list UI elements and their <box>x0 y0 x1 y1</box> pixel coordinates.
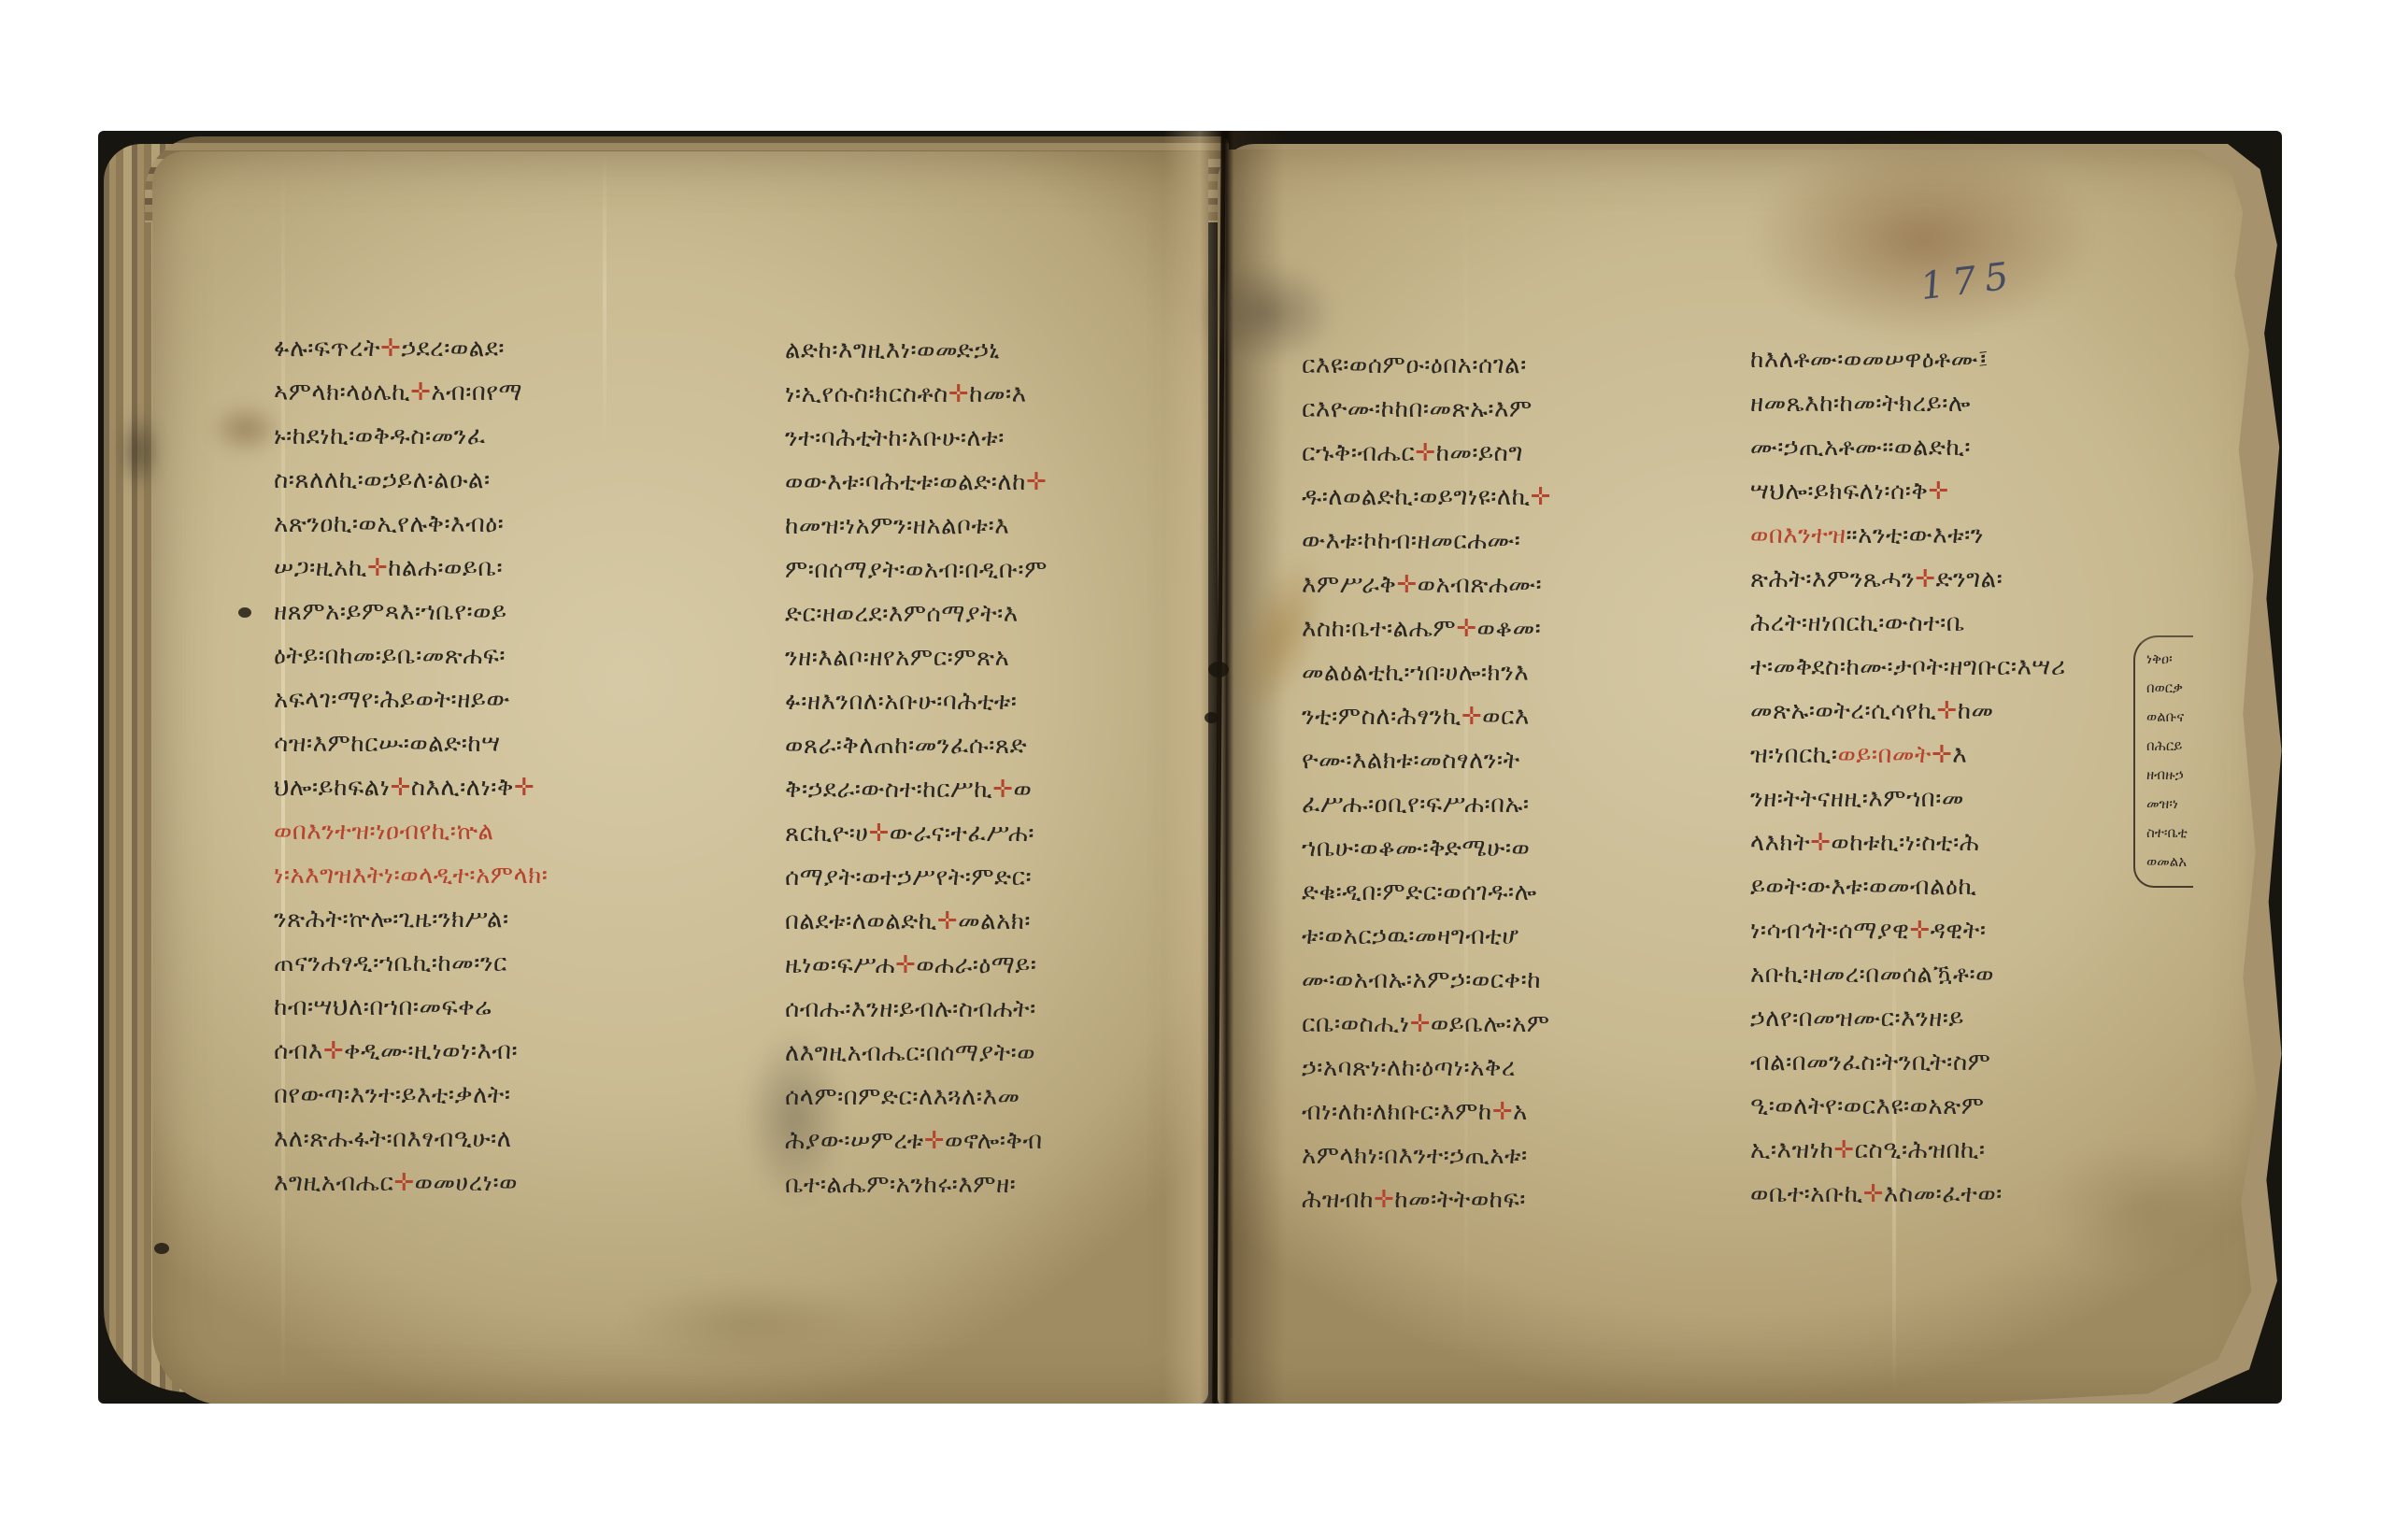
manuscript-line: በልደቱ፡ለወልድኪ✛መልአክ፡ <box>785 900 1048 944</box>
manuscript-line: ተ፡መቅደስ፡ከሙ፡ታቦት፡ዘግቡር፡እሣሪ <box>1750 646 2066 690</box>
ink-spot-left-margin-2 <box>154 1243 169 1254</box>
manuscript-line: እምሥራቅ✛ወአብጽሐሙ፡ <box>1302 563 1551 607</box>
manuscript-line: በሕርይ <box>2146 732 2188 761</box>
manuscript-line: ንቲ፡ምስለ፡ሕፃንኪ✛ወርእ <box>1302 695 1551 739</box>
margin-note: ነቅዐ፡በወርቃወልቡናበሕርይዘብዙኃመዝ፡ነስተ፡ቤቲወመልአ <box>2133 635 2193 888</box>
manuscript-line: ወልቡና <box>2146 703 2188 732</box>
manuscript-line: ዱ፡ለወልድኪ፡ወይግነዩ፡ለኪ✛ <box>1302 476 1551 520</box>
manuscript-line: ነቅዐ፡ <box>2146 645 2188 674</box>
manuscript-line: ከብ፡ሣህለ፡በኀበ፡መፍቀሬ <box>274 986 548 1030</box>
manuscript-line: እለ፡ጽሑፋት፡በእፃብዒሁ፡ለ <box>274 1118 548 1162</box>
manuscript-line: ሰብሑ፡እንዘ፡ይብሉ፡ስብሐት፡ <box>785 988 1048 1032</box>
manuscript-line: ርእዮሙ፡ኮከበ፡መጽኡ፡እም <box>1302 388 1551 432</box>
manuscript-line: ሙ፡ወአብኡ፡አምኃ፡ወርቀ፡ከ <box>1302 959 1551 1003</box>
manuscript-line: ፈሥሑ፡ዐቢየ፡ፍሥሐ፡በኡ፡ <box>1302 783 1551 827</box>
manuscript-line: ወጸራ፡ቅለጠከ፡መንፈሱ፡ጸድ <box>785 724 1048 768</box>
right-page-column-1: ርእዩ፡ወሰምዑ፡ዕበአ፡ሰገል፡ርእዮሙ፡ኮከበ፡መጽኡ፡እምርኁቅ፡ብሔር✛… <box>1302 344 1551 1222</box>
manuscript-line: ድር፡ዘወረደ፡እምሰማያት፡እ <box>785 592 1048 636</box>
stain-left-margin <box>208 402 283 456</box>
manuscript-line: ይወት፡ውእቱ፡ወመብልዕኪ <box>1750 865 2066 909</box>
manuscript-line: ውእቱ፡ኮከብ፡ዘመርሐሙ፡ <box>1302 520 1551 563</box>
manuscript-line: አጽንዐኪ፡ወኢየሉቅ፡እብዕ፡ <box>274 503 548 547</box>
stain-right-page-bottom <box>2042 1140 2247 1271</box>
manuscript-line: ኣምላክ፡ላዕሌኪ✛አብ፡በየማ <box>274 371 548 415</box>
manuscript-line: ሰብእ✛ቀዲሙ፡ዚነወነ፡እብ፡ <box>274 1030 548 1074</box>
manuscript-line: ላእክት✛ወከቱኪ፡ነ፡ስቲ፡ሕ <box>1750 821 2066 865</box>
manuscript-line: አምላክነ፡በእንተ፡ኃጢአቱ፡ <box>1302 1134 1551 1178</box>
manuscript-line: ወበእንተዝ፡ነዐብየኪ፡ኵል <box>274 810 548 854</box>
manuscript-line: ዒ፡ወለትየ፡ወርእዩ፡ወአጽም <box>1750 1085 2066 1129</box>
manuscript-line: ከመዝ፡ነአምን፡ዘአልቦቱ፡እ <box>785 505 1048 549</box>
manuscript-line: ርእዩ፡ወሰምዑ፡ዕበአ፡ሰገል፡ <box>1302 344 1551 388</box>
manuscript-line: ወውእቱ፡ባሕቲቱ፡ወልድ፡ለከ✛ <box>785 461 1048 505</box>
screenshot-root: 175 ፉሉ፡ፍጥረት✛ኃደረ፡ወልደ፡ኣምላክ፡ላዕሌኪ✛አብ፡በየማኑ፡ከደ… <box>0 0 2381 1540</box>
smudge-left-edge <box>119 411 160 491</box>
manuscript-line: ዘመጼእከ፡ከመ፡ትክረይ፡ሎ <box>1750 382 2066 426</box>
manuscript-line: ኑ፡ከደነኪ፡ወቅዱስ፡መንፈ <box>274 415 548 459</box>
manuscript-line: መጽኡ፡ወትረ፡ሲሳየኪ✛ከመ <box>1750 690 2066 734</box>
manuscript-line: ነ፡ኢየሱስ፡ክርስቶስ✛ከመ፡እ <box>785 373 1048 417</box>
manuscript-line: ነ፡ሳብኅት፡ሰማያዊ✛ዳዊት፡ <box>1750 909 2066 953</box>
right-page-column-2: ከእለቶሙ፡ወመሠዋዕቶሙ፤ዘመጼእከ፡ከመ፡ትክረይ፡ሎሙ፡ኃጢአቶሙ።ወልድ… <box>1750 338 2066 1217</box>
manuscript-line: ዮሙ፡እልክቱ፡መስፃለን፡ት <box>1302 739 1551 783</box>
ink-spot-gutter-1 <box>1208 662 1229 677</box>
manuscript-line: ወመልአ <box>2146 848 2188 877</box>
manuscript-line: ሣህሎ፡ይክፍለነ፡ሰ፡ቅ✛ <box>1750 470 2066 514</box>
manuscript-line: ሕረት፡ዘነበርኪ፡ውስተ፡ቤ <box>1750 602 2066 646</box>
manuscript-line: ብል፡በመንፈስ፡ትንቢት፡ስም <box>1750 1041 2066 1085</box>
manuscript-line: ወቤተ፡አቡኪ✛እስመ፡ፈተወ፡ <box>1750 1173 2066 1217</box>
manuscript-line: በወርቃ <box>2146 674 2188 703</box>
manuscript-line: ፉ፡ዘእንበለ፡አቡሁ፡ባሕቲቱ፡ <box>785 680 1048 724</box>
manuscript-line: ብነ፡ለከ፡ለክቡር፡እምከ✛አ <box>1302 1091 1551 1134</box>
manuscript-line: ሰላም፡በምድር፡ለእጓለ፡እመ <box>785 1076 1048 1119</box>
manuscript-line: ወበእንተዝ።አንቲ፡ውእቱ፡ን <box>1750 514 2066 558</box>
manuscript-line: ስ፡ጸለለኪ፡ወኃይለ፡ልዑል፡ <box>274 459 548 503</box>
manuscript-line: ከእለቶሙ፡ወመሠዋዕቶሙ፤ <box>1750 338 2066 382</box>
manuscript-line: ቱ፡ወአርኃዉ፡መዛግብቲሆ <box>1302 915 1551 959</box>
manuscript-line: መልዕልቲኪ፡ኀበ፡ሀሎ፡ክንእ <box>1302 651 1551 695</box>
manuscript-line: ሙ፡ኃጢአቶሙ።ወልድኪ፡ <box>1750 426 2066 470</box>
manuscript-photo: 175 ፉሉ፡ፍጥረት✛ኃደረ፡ወልደ፡ኣምላክ፡ላዕሌኪ✛አብ፡በየማኑ፡ከደ… <box>98 131 2282 1404</box>
manuscript-line: ቅ፡ኃደራ፡ውስተ፡ከርሥኪ✛ወ <box>785 768 1048 812</box>
left-page-column-1: ፉሉ፡ፍጥረት✛ኃደረ፡ወልደ፡ኣምላክ፡ላዕሌኪ✛አብ፡በየማኑ፡ከደነኪ፡ወ… <box>274 327 548 1205</box>
manuscript-line: ሳዝ፡እምከርሡ፡ወልድ፡ከሣ <box>274 722 548 766</box>
manuscript-line: ም፡በሰማያት፡ወአብ፡በዲቡ፡ም <box>785 549 1048 592</box>
manuscript-line: ጽሕት፡እምንጼሓን✛ድንግል፡ <box>1750 558 2066 602</box>
manuscript-line: በየውጣ፡እንተ፡ይእቲ፡ቃለት፡ <box>274 1074 548 1118</box>
manuscript-line: ዝ፡ነበርኪ፡ወይ፡በመት✛እ <box>1750 734 2066 777</box>
manuscript-line: ዘጸምአ፡ይምጻእ፡ኀቤየ፡ወይ <box>274 591 548 635</box>
manuscript-line: ኃ፡አባጽነ፡ለከ፡ዕጣነ፡አቅረ <box>1302 1047 1551 1091</box>
manuscript-line: ንዘ፡ትትናዘዚ፡እምኀበ፡መ <box>1750 777 2066 821</box>
ink-spot-left-margin <box>238 607 251 618</box>
manuscript-line: ህሎ፡ይከፍልነ✛ስእሊ፡ለነ፡ቅ✛ <box>274 766 548 810</box>
manuscript-line: ድቁ፡ዲበ፡ምድር፡ወሰገዱ፡ሎ <box>1302 871 1551 915</box>
manuscript-line: ሠጋ፡ዚአኪ✛ከልሐ፡ወይቤ፡ <box>274 547 548 591</box>
manuscript-line: ዘብዙኃ <box>2146 761 2188 790</box>
left-page-column-2: ልድከ፡እግዚእነ፡ወመድኃኒነ፡ኢየሱስ፡ክርስቶስ✛ከመ፡እንተ፡ባሕቲትከ… <box>785 329 1048 1207</box>
manuscript-line: ርቤ፡ወስሒነ✛ወይቤሎ፡አም <box>1302 1003 1551 1047</box>
manuscript-line: ንተ፡ባሕቲትከ፡አቡሁ፡ለቱ፡ <box>785 417 1048 461</box>
manuscript-line: ስተ፡ቤቲ <box>2146 819 2188 848</box>
manuscript-line: መዝ፡ነ <box>2146 790 2188 819</box>
manuscript-line: ሕዝብከ✛ከመ፡ትትወከፍ፡ <box>1302 1178 1551 1222</box>
manuscript-line: ነ፡አእግዝእትነ፡ወላዲተ፡አምላክ፡ <box>274 854 548 898</box>
manuscript-line: ፉሉ፡ፍጥረት✛ኃደረ፡ወልደ፡ <box>274 327 548 371</box>
ink-spot-gutter-2 <box>1205 712 1219 723</box>
manuscript-line: እግዚአብሔር✛ወመሀረነ፡ወ <box>274 1162 548 1205</box>
manuscript-line: ለእግዚአብሔር፡በሰማያት፡ወ <box>785 1032 1048 1076</box>
manuscript-line: ሕያው፡ሠምረቱ✛ወኖሎ፡ቅብ <box>785 1119 1048 1163</box>
manuscript-line: ንጽሕት፡ኵሎ፡ጊዜ፡ንክሥል፡ <box>274 898 548 942</box>
crease-left-page-2 <box>603 150 606 449</box>
manuscript-line: ዕትይ፡በከመ፡ይቤ፡መጽሐፍ፡ <box>274 635 548 678</box>
manuscript-line: ኃለየ፡በመዝሙር፡እንዘ፡ይ <box>1750 997 2066 1041</box>
manuscript-line: ልድከ፡እግዚእነ፡ወመድኃኒ <box>785 329 1048 373</box>
manuscript-line: አቡኪ፡ዘመረ፡በመሰልዃቶ፡ወ <box>1750 953 2066 997</box>
manuscript-line: ኀቤሁ፡ወቆሙ፡ቅድሜሁ፡ወ <box>1302 827 1551 871</box>
manuscript-line: ርኁቅ፡ብሔር✛ከመ፡ይስግ <box>1302 432 1551 476</box>
stain-top-right-page <box>1750 138 2096 339</box>
manuscript-line: ቤተ፡ልሔም፡አንከሩ፡እምዘ፡ <box>785 1163 1048 1207</box>
manuscript-line: አፍላገ፡ማየ፡ሕይወት፡ዘይው <box>274 678 548 722</box>
manuscript-line: እስከ፡ቤተ፡ልሔም✛ወቆመ፡ <box>1302 607 1551 651</box>
manuscript-line: ዜነወ፡ፍሥሐ✛ወሐራ፡ዕማይ፡ <box>785 944 1048 988</box>
manuscript-line: ጠናንሐፃዲ፡ኀቤኪ፡ከመ፡ንር <box>274 942 548 986</box>
stain-bottom-left-page <box>621 1280 874 1364</box>
manuscript-line: ንዘ፡እልቦ፡ዘየአምር፡ምጽአ <box>785 636 1048 680</box>
manuscript-line: ሰማያት፡ወተኃሥየት፡ምድር፡ <box>785 856 1048 900</box>
manuscript-line: ጸርኪዮ፡ሀ✛ውራና፡ተፈሥሐ፡ <box>785 812 1048 856</box>
manuscript-line: ኢ፡እዝነከ✛ርስዒ፡ሕዝበኪ፡ <box>1750 1129 2066 1173</box>
